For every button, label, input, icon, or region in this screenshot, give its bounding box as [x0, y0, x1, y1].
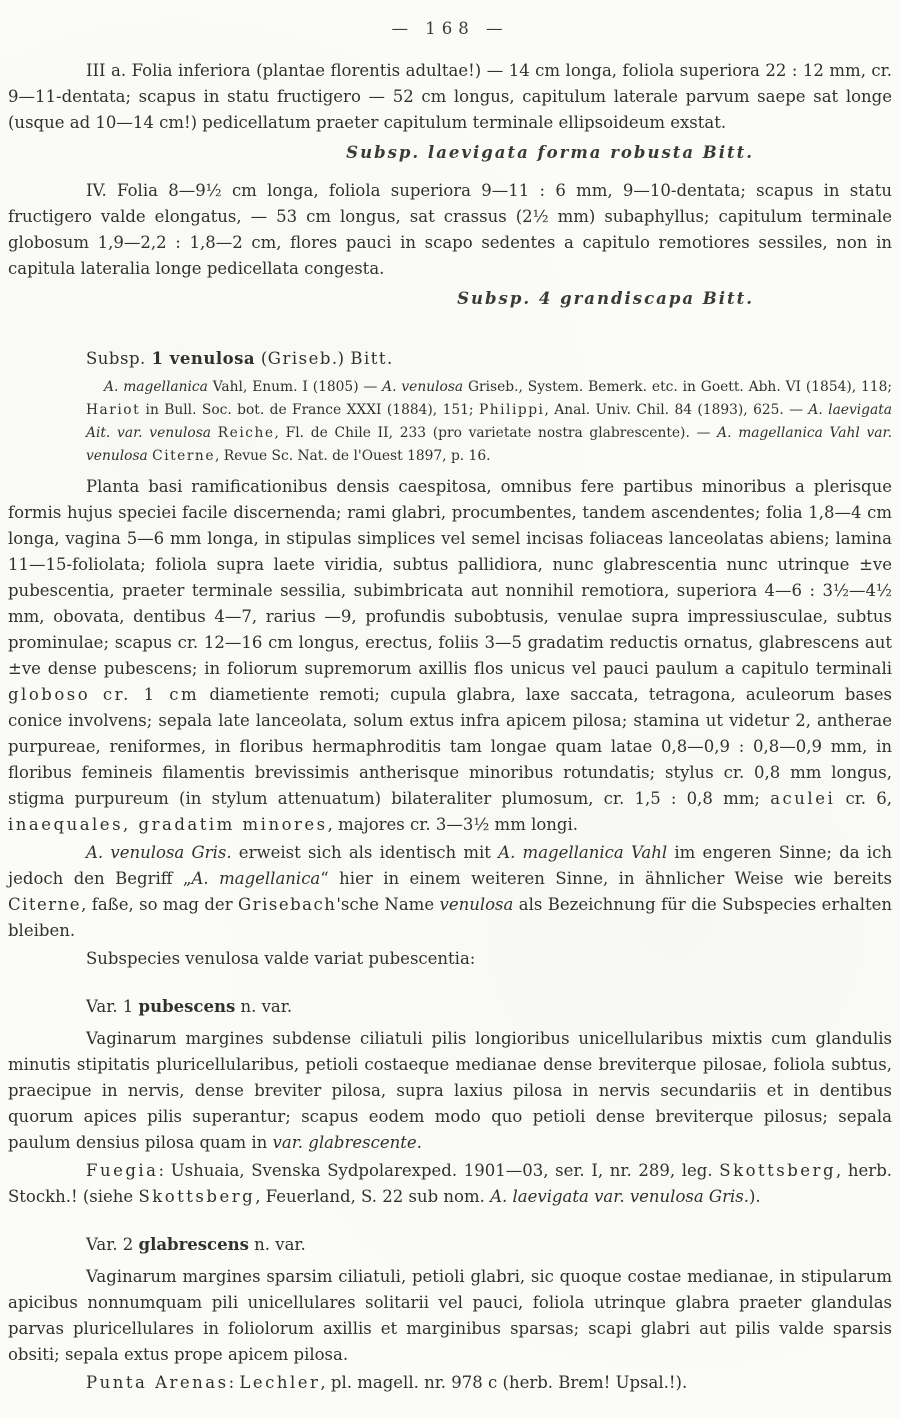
- text-segment: , pl. magell. nr. 978 c (herb. Brem! Ups…: [320, 1373, 687, 1392]
- text-segment: : Ushuaia, Svenska Sydpolarexped. 1901—0…: [159, 1161, 720, 1180]
- text-segment: A. venulosa Gris.: [86, 843, 232, 862]
- text-segment: , Fl. de Chile II, 233 (pro varietate no…: [275, 425, 718, 441]
- paragraph-subspecies-variat: Subspecies venulosa valde variat pubesce…: [8, 946, 892, 972]
- paragraph-fuegia-locality: Fuegia: Ushuaia, Svenska Sydpolarexped. …: [8, 1158, 892, 1210]
- signature-subsp-laevigata: Subsp. laevigata forma robusta Bitt.: [8, 140, 892, 166]
- paragraph-IIIa: III a. Folia inferiora (plantae florenti…: [8, 58, 892, 136]
- paragraph-var-2-description: Vaginarum margines sparsim ciliatuli, pe…: [8, 1264, 892, 1368]
- heading-subsp-venulosa: Subsp. 1 venulosa (Griseb.) Bitt.: [8, 346, 892, 372]
- signature-subsp-grandiscapa: Subsp. 4 grandiscapa Bitt.: [8, 286, 892, 312]
- text-segment: , Revue Sc. Nat. de l'Ouest 1897, p. 16.: [215, 448, 491, 464]
- text-segment: Griseb: [268, 349, 332, 368]
- text-segment: Subspecies venulosa valde variat pubesce…: [86, 949, 475, 968]
- text-segment: , majores cr. 3—3½ mm longi.: [328, 815, 578, 834]
- heading-var-1-pubescens: Var. 1 pubescens n. var.: [8, 994, 892, 1020]
- text-segment: Subsp.: [86, 349, 152, 368]
- text-segment: inaequales, gradatim minores: [8, 815, 328, 834]
- paragraph-punta-arenas-locality: Punta Arenas: Lechler, pl. magell. nr. 9…: [8, 1370, 892, 1396]
- text-segment: :: [229, 1373, 240, 1392]
- text-segment: A. magellanica: [191, 869, 320, 888]
- text-segment: A. venulosa: [382, 379, 463, 395]
- text-segment: Var. 1: [86, 997, 139, 1016]
- text-segment: Hariot: [86, 402, 140, 418]
- text-segment: Reiche: [218, 425, 275, 441]
- text-segment: Grisebach: [238, 895, 336, 914]
- paragraph-IV: IV. Folia 8—9½ cm longa, foliola superio…: [8, 178, 892, 282]
- text-segment: Skottsberg: [138, 1187, 255, 1206]
- scanned-book-page: — 168 — III a. Folia inferiora (plantae …: [0, 0, 900, 1418]
- text-segment: Lechler: [239, 1373, 320, 1392]
- text-segment: aculei: [770, 789, 835, 808]
- text-segment: Philippi: [479, 402, 544, 418]
- text-segment: Subsp. laevigata forma robusta Bitt.: [346, 143, 754, 162]
- text-segment: Bitt: [350, 349, 387, 368]
- text-segment: A. magellanica: [104, 379, 208, 395]
- text-segment: var. glabrescente: [273, 1133, 417, 1152]
- text-segment: Fuegia: [86, 1161, 159, 1180]
- text-segment: A. magellanica Vahl: [498, 843, 667, 862]
- text-segment: Subsp. 4 grandiscapa Bitt.: [457, 289, 754, 308]
- text-segment: pubescens: [139, 997, 236, 1016]
- text-segment: erweist sich als identisch mit: [232, 843, 499, 862]
- text-segment: ).: [749, 1187, 761, 1206]
- text-segment: Skottsberg: [719, 1161, 836, 1180]
- text-segment: Punta Arenas: [86, 1373, 229, 1392]
- text-segment: in Bull. Soc. bot. de France XXXI (1884)…: [140, 402, 479, 418]
- text-segment: 'sche Name: [336, 895, 439, 914]
- text-segment: Var. 2: [86, 1235, 139, 1254]
- heading-var-2-glabrescens: Var. 2 glabrescens n. var.: [8, 1232, 892, 1258]
- text-segment: 1 venulosa: [152, 349, 256, 368]
- text-segment: Griseb., System. Bemerk. etc. in Goett. …: [463, 379, 892, 395]
- text-segment: III a. Folia inferiora (plantae florenti…: [8, 61, 892, 132]
- text-segment: Vaginarum margines subdense ciliatuli pi…: [8, 1029, 892, 1152]
- text-segment: .: [417, 1133, 422, 1152]
- paragraph-description-latin: Planta basi ramificationibus densis caes…: [8, 474, 892, 838]
- paragraph-var-1-description: Vaginarum margines subdense ciliatuli pi…: [8, 1026, 892, 1156]
- text-segment: Vaginarum margines sparsim ciliatuli, pe…: [8, 1267, 892, 1364]
- text-segment: glabrescens: [139, 1235, 249, 1254]
- text-segment: n. var.: [235, 997, 292, 1016]
- text-segment: cr. 6,: [835, 789, 892, 808]
- paragraph-discussion-german: A. venulosa Gris. erweist sich als ident…: [8, 840, 892, 944]
- text-segment: [211, 425, 218, 441]
- text-segment: Citerne: [152, 448, 215, 464]
- page-number: — 168 —: [8, 16, 892, 42]
- text-segment: (: [255, 349, 268, 368]
- text-segment: globoso cr. 1 cm: [8, 685, 199, 704]
- text-segment: A. laevigata var. venulosa Gris.: [490, 1187, 749, 1206]
- text-segment: IV. Folia 8—9½ cm longa, foliola superio…: [8, 181, 892, 278]
- text-segment: Vahl, Enum. I (1805) —: [208, 379, 382, 395]
- text-segment: .): [332, 349, 350, 368]
- text-segment: , Anal. Univ. Chil. 84 (1893), 625. —: [544, 402, 808, 418]
- text-segment: n. var.: [249, 1235, 306, 1254]
- text-segment: , Feuerland, S. 22 sub nom.: [255, 1187, 490, 1206]
- text-segment: venulosa: [440, 895, 514, 914]
- text-segment: .: [387, 349, 393, 368]
- page-body: III a. Folia inferiora (plantae florenti…: [8, 58, 892, 1396]
- text-segment: Citerne: [8, 895, 81, 914]
- text-segment: , faße, so mag der: [81, 895, 238, 914]
- synonymy-citation: A. magellanica Vahl, Enum. I (1805) — A.…: [86, 376, 892, 468]
- text-segment: Planta basi ramificationibus densis caes…: [8, 477, 892, 678]
- text-segment: “ hier in einem weiteren Sinne, in ähnli…: [320, 869, 892, 888]
